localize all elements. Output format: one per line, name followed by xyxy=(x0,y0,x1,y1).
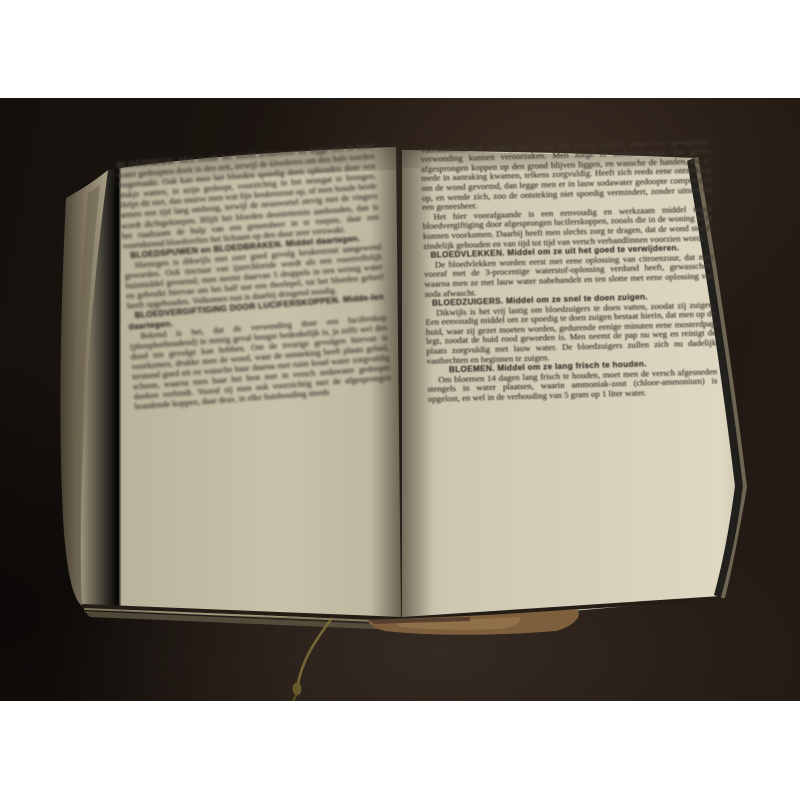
book-photo: BLOEDNEUS. Men houde het hoofd achterove… xyxy=(0,98,800,701)
right-page-text: 25 voorkomende en, hierbij licht over he… xyxy=(420,127,718,404)
right-paragraph-1: voorkomende en, hierbij licht over het h… xyxy=(420,137,712,213)
bookmark-cord xyxy=(298,618,332,684)
left-page-text: BLOEDNEUS. Men houde het hoofd achterove… xyxy=(116,141,392,412)
right-paragraph-4: Dikwijls is het vrij lastig om bloedzuig… xyxy=(425,300,717,366)
bookmark-tassel-fray xyxy=(293,694,297,701)
bookmark-tassel xyxy=(293,683,302,696)
